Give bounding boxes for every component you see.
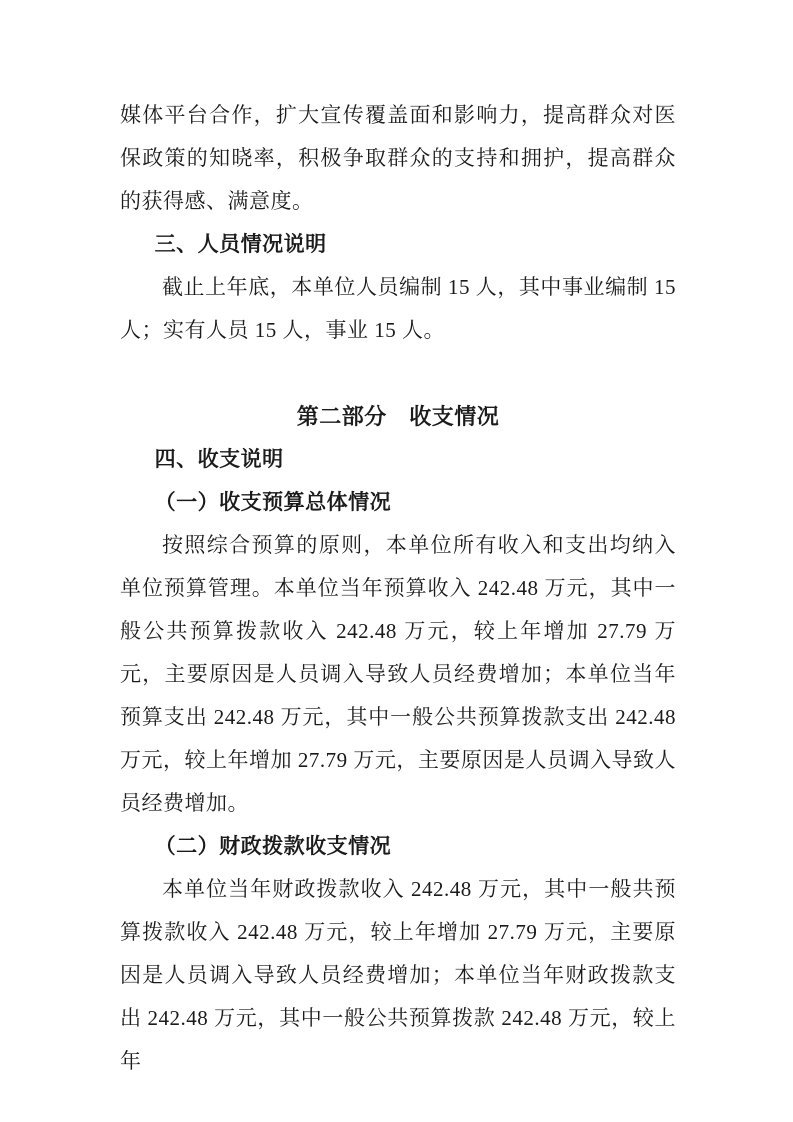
paragraph-personnel-counts: 截止上年底，本单位人员编制 15 人，其中事业编制 15 人；实有人员 15 人…	[120, 266, 676, 352]
document-page: 媒体平台合作，扩大宣传覆盖面和影响力，提高群众对医保政策的知晓率，积极争取群众的…	[0, 0, 793, 1122]
sub-section-heading-fiscal-appropriation: （二）财政拨款收支情况	[120, 825, 676, 868]
blank-line	[120, 352, 676, 395]
part-heading-income-expenditure: 第二部分 收支情况	[120, 395, 676, 438]
section-heading-personnel: 三、人员情况说明	[120, 223, 676, 266]
paragraph-fiscal-appropriation: 本单位当年财政拨款收入 242.48 万元，其中一般共预算拨款收入 242.48…	[120, 868, 676, 1083]
document-content: 媒体平台合作，扩大宣传覆盖面和影响力，提高群众对医保政策的知晓率，积极争取群众的…	[0, 0, 793, 1083]
section-heading-income-expenditure-notes: 四、收支说明	[120, 438, 676, 481]
paragraph-budget-overview: 按照综合预算的原则，本单位所有收入和支出均纳入单位预算管理。本单位当年预算收入 …	[120, 524, 676, 825]
paragraph-media-cooperation-continuation: 媒体平台合作，扩大宣传覆盖面和影响力，提高群众对医保政策的知晓率，积极争取群众的…	[120, 94, 676, 223]
sub-section-heading-budget-overview: （一）收支预算总体情况	[120, 481, 676, 524]
